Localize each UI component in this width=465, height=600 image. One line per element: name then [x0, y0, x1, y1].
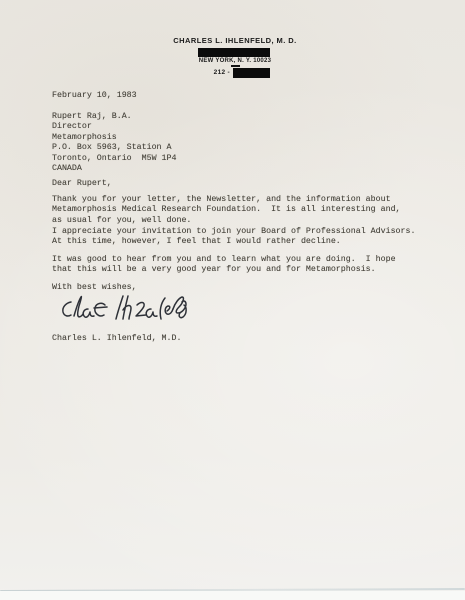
- redacted-address-bar: [198, 48, 270, 57]
- letter-paragraph: Thank you for your letter, the Newslette…: [52, 195, 401, 226]
- closing: With best wishes,: [52, 283, 137, 293]
- letter-date: February 10, 1983: [52, 91, 137, 101]
- salutation: Dear Rupert,: [52, 179, 112, 189]
- recipient-address-block: Rupert Raj, B.A. Director Metamorphosis …: [52, 112, 176, 174]
- scan-background-strip: [0, 591, 465, 600]
- scanned-letter-page: CHARLES L. IHLENFELD, M. D. NEW YORK, N.…: [0, 0, 465, 600]
- letter-paragraph: It was good to hear from you and to lear…: [52, 255, 396, 276]
- letterhead-name: CHARLES L. IHLENFELD, M. D.: [159, 36, 311, 45]
- phone-prefix: 212 -: [204, 69, 230, 76]
- handwritten-signature: [58, 294, 192, 330]
- letterhead-city: NEW YORK, N. Y. 10023: [159, 58, 311, 64]
- letter-paragraph: I appreciate your invitation to join you…: [52, 227, 415, 248]
- letterhead-underline-dash: [231, 65, 240, 67]
- redacted-phone-bar: [233, 68, 270, 78]
- typed-signature-name: Charles L. Ihlenfeld, M.D.: [52, 334, 181, 344]
